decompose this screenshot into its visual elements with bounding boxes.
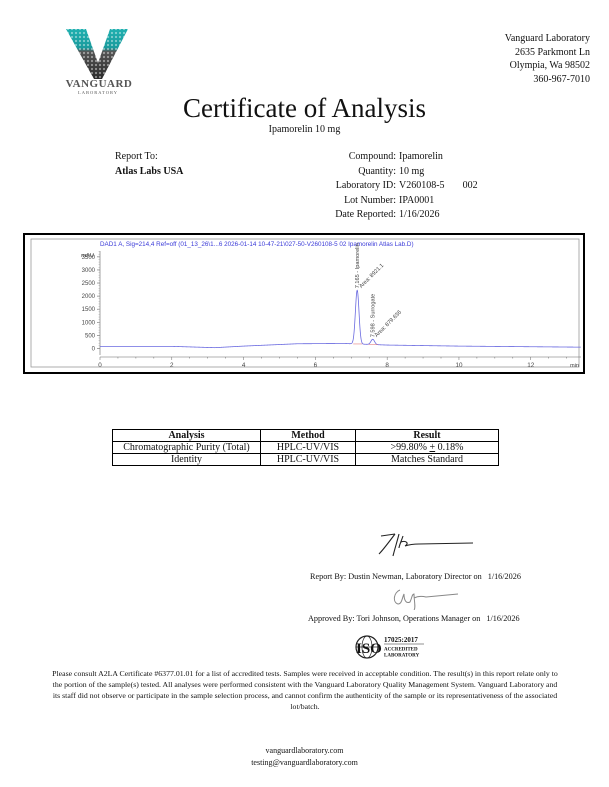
lab-city: Olympia, Wa 98502	[505, 59, 590, 73]
info-value: 1/16/2026	[399, 208, 440, 223]
header-method: Method	[261, 430, 356, 442]
result-value: >99.80%	[391, 442, 430, 453]
svg-text:2: 2	[170, 362, 174, 369]
svg-text:DAD1 A, Sig=214,4 Ref=off (01_: DAD1 A, Sig=214,4 Ref=off (01_13_26\1...…	[100, 241, 414, 248]
report-to-label: Report To:	[115, 150, 183, 165]
footer: vanguardlaboratory.com testing@vanguardl…	[0, 745, 609, 768]
info-label: Compound:	[330, 150, 399, 165]
cell-analysis: Identity	[113, 454, 261, 466]
results-table: Analysis Method Result Chromatographic P…	[112, 429, 499, 466]
info-value: V260108-5	[399, 179, 445, 194]
report-by-text: Report By: Dustin Newman, Laboratory Dir…	[310, 572, 482, 581]
report-by-line: Report By: Dustin Newman, Laboratory Dir…	[310, 572, 521, 581]
sample-info: Compound: Ipamorelin Quantity: 10 mg Lab…	[330, 150, 478, 223]
approved-by-text: Approved By: Tori Johnson, Operations Ma…	[308, 614, 480, 623]
cell-result: Matches Standard	[356, 454, 499, 466]
svg-text:7.165 - Ipamorelin: 7.165 - Ipamorelin	[355, 243, 361, 288]
svg-text:3000: 3000	[82, 268, 96, 274]
chromatogram-plot: DAD1 A, Sig=214,4 Ref=off (01_13_26\1...…	[25, 235, 583, 372]
report-by-date: 1/16/2026	[488, 572, 521, 581]
result-uncertainty: 0.18%	[435, 442, 463, 453]
lab-phone: 360-967-7010	[505, 73, 590, 87]
signature-manager-icon	[390, 586, 460, 610]
client-name: Atlas Labs USA	[115, 165, 183, 180]
info-row-compound: Compound: Ipamorelin	[330, 150, 478, 165]
disclaimer-text: Please consult A2LA Certificate #6377.01…	[52, 668, 558, 712]
svg-text:3500: 3500	[82, 255, 96, 261]
svg-text:2000: 2000	[82, 294, 96, 300]
approved-by-line: Approved By: Tori Johnson, Operations Ma…	[308, 614, 520, 623]
info-label: Lot Number:	[330, 194, 399, 209]
info-row-lab-id: Laboratory ID: V260108-5 002	[330, 179, 478, 194]
svg-text:1000: 1000	[82, 320, 96, 326]
svg-text:0: 0	[98, 362, 102, 369]
report-to: Report To: Atlas Labs USA	[115, 150, 183, 179]
lab-address: Vanguard Laboratory 2635 Parkmont Ln Oly…	[505, 32, 590, 86]
svg-text:LABORATORY: LABORATORY	[384, 654, 420, 659]
footer-website[interactable]: vanguardlaboratory.com	[0, 745, 609, 757]
svg-text:7.598 - Surrogate: 7.598 - Surrogate	[371, 294, 377, 338]
info-value: IPA0001	[399, 194, 434, 209]
cell-result: >99.80% + 0.18%	[356, 442, 499, 454]
header-result: Result	[356, 430, 499, 442]
svg-text:6: 6	[314, 362, 318, 369]
info-row-quantity: Quantity: 10 mg	[330, 165, 478, 180]
table-header-row: Analysis Method Result	[113, 430, 499, 442]
page-subtitle: Ipamorelin 10 mg	[0, 124, 609, 135]
footer-email[interactable]: testing@vanguardlaboratory.com	[0, 757, 609, 769]
logo-wordmark: VANGUARD	[60, 78, 138, 90]
chromatogram: DAD1 A, Sig=214,4 Ref=off (01_13_26\1...…	[23, 233, 585, 374]
svg-text:1500: 1500	[82, 307, 96, 313]
info-value: Ipamorelin	[399, 150, 443, 165]
approved-by-date: 1/16/2026	[486, 614, 519, 623]
svg-text:12: 12	[527, 362, 535, 369]
svg-text:4: 4	[242, 362, 246, 369]
header-analysis: Analysis	[113, 430, 261, 442]
svg-text:17025:2017: 17025:2017	[384, 636, 418, 644]
cell-analysis: Chromatographic Purity (Total)	[113, 442, 261, 454]
table-row: Identity HPLC-UV/VIS Matches Standard	[113, 454, 499, 466]
svg-text:8: 8	[385, 362, 389, 369]
info-row-date: Date Reported: 1/16/2026	[330, 208, 478, 223]
lab-street: 2635 Parkmont Ln	[505, 46, 590, 60]
info-value: 10 mg	[399, 165, 424, 180]
signature-director-icon	[375, 530, 475, 560]
cell-method: HPLC-UV/VIS	[261, 454, 356, 466]
svg-text:ISO: ISO	[356, 641, 382, 657]
svg-text:500: 500	[85, 333, 96, 339]
info-row-lot: Lot Number: IPA0001	[330, 194, 478, 209]
svg-text:2500: 2500	[82, 281, 96, 287]
info-label: Quantity:	[330, 165, 399, 180]
info-label: Date Reported:	[330, 208, 399, 223]
svg-text:min: min	[570, 363, 579, 369]
info-value-suffix: 002	[463, 179, 478, 194]
cell-method: HPLC-UV/VIS	[261, 442, 356, 454]
info-label: Laboratory ID:	[330, 179, 399, 194]
svg-text:ACCREDITED: ACCREDITED	[384, 648, 418, 653]
table-row: Chromatographic Purity (Total) HPLC-UV/V…	[113, 442, 499, 454]
lab-name: Vanguard Laboratory	[505, 32, 590, 46]
svg-text:10: 10	[455, 362, 463, 369]
iso-accreditation-badge-icon: ISO 17025:2017 ACCREDITED LABORATORY	[354, 634, 426, 660]
page-title: Certificate of Analysis	[0, 93, 609, 123]
